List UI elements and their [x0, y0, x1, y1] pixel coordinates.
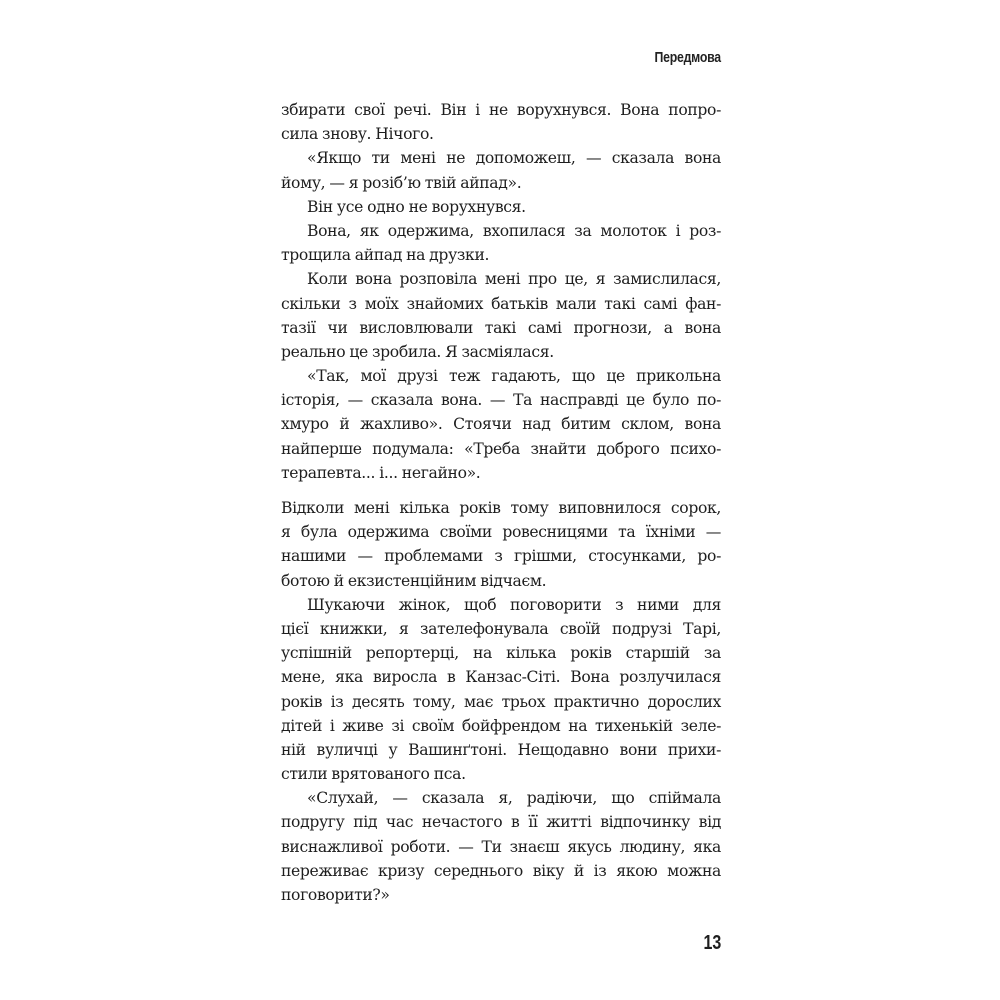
text-line: Відколи мені кілька років тому виповнило…	[281, 496, 721, 520]
text-line: переживає кризу середнього віку й із яко…	[281, 859, 721, 883]
text-line: нашими — проблемами з грішми, стосунками…	[281, 544, 721, 568]
text-line: трощила айпад на друзки.	[281, 243, 721, 267]
text-line: ботою й екзистенційним відчаєм.	[281, 569, 721, 593]
text-line: «Так, мої друзі теж гадають, що це прико…	[281, 364, 721, 388]
text-line: поговорити?»	[281, 883, 721, 907]
text-line: років із десять тому, має трьох практичн…	[281, 690, 721, 714]
book-page: Передмова збирати свої речі. Він і не во…	[0, 0, 1000, 1000]
text-block-1: збирати свої речі. Він і не ворухнувся. …	[281, 98, 721, 485]
text-line: мене, яка виросла в Канзас-Сіті. Вона ро…	[281, 665, 721, 689]
text-line: Він усе одно не ворухнувся.	[281, 195, 721, 219]
text-line: скільки з моїх знайомих батьків мали так…	[281, 292, 721, 316]
text-line: реально це зробила. Я засміялася.	[281, 340, 721, 364]
text-line: виснажливої роботи. — Ти знаєш якусь люд…	[281, 835, 721, 859]
text-line: йому, — я розіб’ю твій айпад».	[281, 171, 721, 195]
text-block-2: Відколи мені кілька років тому виповнило…	[281, 496, 721, 907]
text-line: ній вуличці у Вашинґтоні. Нещодавно вони…	[281, 738, 721, 762]
text-line: дітей і живе зі своїм бойфрендом на тихе…	[281, 714, 721, 738]
text-line: подругу під час нечастого в її житті від…	[281, 810, 721, 834]
text-line: цієї книжки, я зателефонувала своїй подр…	[281, 617, 721, 641]
text-line: «Якщо ти мені не допоможеш, — сказала во…	[281, 146, 721, 170]
text-line: стили врятованого пса.	[281, 762, 721, 786]
text-line: Шукаючи жінок, щоб поговорити з ними для	[281, 593, 721, 617]
text-line: Вона, як одержима, вхопилася за молоток …	[281, 219, 721, 243]
text-line: я була одержима своїми ровесницями та їх…	[281, 520, 721, 544]
text-line: успішній репортерці, на кілька років ста…	[281, 641, 721, 665]
text-line: сила знову. Нічого.	[281, 122, 721, 146]
text-line: хмуро й жахливо». Стоячи над битим склом…	[281, 412, 721, 436]
text-line: тазії чи висловлювали такі самі прогнози…	[281, 316, 721, 340]
text-line: історія, — сказала вона. — Та насправді …	[281, 388, 721, 412]
text-line: найперше подумала: «Треба знайти доброго…	[281, 437, 721, 461]
text-line: терапевта... і... негайно».	[281, 461, 721, 485]
text-line: «Слухай, — сказала я, радіючи, що спійма…	[281, 786, 721, 810]
running-head: Передмова	[655, 49, 721, 66]
text-line: збирати свої речі. Він і не ворухнувся. …	[281, 98, 721, 122]
text-line: Коли вона розповіла мені про це, я замис…	[281, 267, 721, 291]
page-number: 13	[703, 932, 721, 955]
